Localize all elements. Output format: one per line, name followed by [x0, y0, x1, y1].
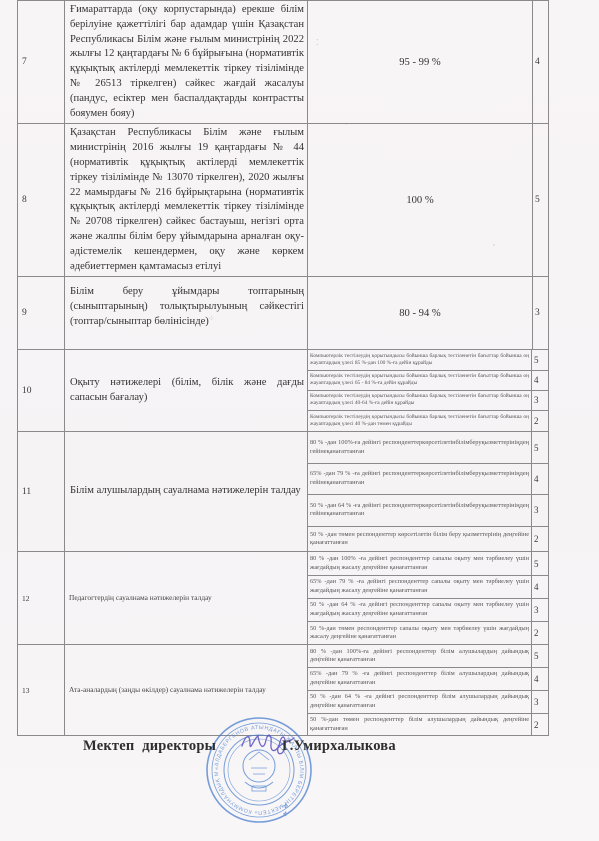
row-number: 9	[18, 277, 65, 350]
sub-criterion-score: 4	[532, 575, 549, 598]
sub-criterion-row: Компьютерлік тестілеудің қорытындысы бой…	[308, 370, 548, 390]
indicator-text: Оқыту нәтижелері (білім, білік және дағд…	[65, 374, 307, 408]
sub-criterion-score: 2	[532, 713, 549, 735]
row-number: 13	[18, 645, 65, 736]
sub-criteria-table: 80 % -дан 100%-ға дейінгі респонденттер …	[308, 645, 548, 735]
sub-criterion-score: 2	[532, 621, 549, 644]
sub-criterion-text: 80 % -дан 100% -ға дейінгі респонденттер…	[308, 552, 532, 575]
sub-criterion-score: 3	[532, 494, 549, 526]
sub-criterion-row: 50 %-дан төмен респонденттер білім алушы…	[308, 713, 548, 735]
criterion-value: 100 %	[308, 124, 533, 277]
table-row-10: 10 Оқыту нәтижелері (білім, білік және д…	[18, 350, 549, 432]
table-row-12: 12 Педагогтердің сауалнама нәтижелерін т…	[18, 552, 549, 645]
sub-criterion-row: 50 % -дан 64 % -ға дейінгі респонденттер…	[308, 690, 548, 713]
sub-criterion-row: Компьютерлік тестілеудің қорытындысы бой…	[308, 410, 548, 431]
sub-criteria-table: Компьютерлік тестілеудің қорытындысы бой…	[308, 350, 548, 431]
table-row-8: 8 Қазақстан Республикасы Білім және ғылы…	[18, 124, 549, 277]
sub-criterion-score: 5	[532, 645, 549, 667]
table-row-11: 11 Білім алушылардың сауалнама нәтижелер…	[18, 432, 549, 552]
criterion-value: 95 - 99 %	[308, 1, 533, 124]
sub-criterion-text: 50 % -дан 64 % -ға дейінгі респонденттер…	[308, 494, 532, 526]
sub-criterion-row: 80 % -дан 100% -ға дейінгі респонденттер…	[308, 552, 548, 575]
sub-criterion-row: 80 % -дан 100%-ға дейінгі респонденттер …	[308, 645, 548, 667]
criterion-value: 80 - 94 %	[308, 277, 533, 350]
svg-text:✤: ✤	[283, 803, 288, 810]
row-number: 7	[18, 1, 65, 124]
sub-criteria-table: 80 % -дан 100% -ға дейінгі респонденттер…	[308, 552, 548, 644]
evaluation-table: 7 Ғимараттарда (оқу корпустарында) ерекш…	[17, 0, 549, 736]
sub-criterion-text: Компьютерлік тестілеудің қорытындысы бой…	[308, 370, 532, 390]
signature-name: Г.Умирхалыкова	[282, 738, 396, 755]
sub-criterion-text: Компьютерлік тестілеудің қорытындысы бой…	[308, 350, 532, 370]
sub-criterion-row: 50 %-дан төмен респонденттер сапалы оқыт…	[308, 621, 548, 644]
indicator-text: Педагогтердің сауалнама нәтижелерін талд…	[65, 593, 307, 603]
score-value: 5	[533, 124, 549, 277]
document-page: 7 Ғимараттарда (оқу корпустарында) ерекш…	[0, 0, 599, 841]
indicator-text: Қазақстан Республикасы Білім және ғылым …	[65, 124, 307, 276]
sub-criterion-text: 65% -дан 79 % -ға дейінгі респонденттерк…	[308, 463, 532, 494]
sub-criterion-row: Компьютерлік тестілеудің қорытындысы бой…	[308, 390, 548, 410]
sub-criterion-text: 50 % -дан төмен респонденттер көрсетілет…	[308, 526, 532, 551]
indicator-text: Білім беру ұйымдары топтарының (сыныптар…	[65, 283, 307, 343]
sub-criterion-text: Компьютерлік тестілеудің қорытындысы бой…	[308, 390, 532, 410]
sub-criterion-score: 4	[532, 370, 549, 390]
sub-criterion-text: 80 % -дан 100%-ға дейінгі респонденттерк…	[308, 432, 532, 463]
sub-criterion-row: 65% -дан 79 % -ға дейінгі респонденттерк…	[308, 463, 548, 494]
sub-criterion-score: 4	[532, 463, 549, 494]
sub-criterion-score: 2	[532, 410, 549, 431]
row-number: 8	[18, 124, 65, 277]
indicator-text: Ғимараттарда (оқу корпустарында) ерекше …	[65, 1, 307, 123]
scan-speck: ·	[345, 120, 348, 129]
sub-criterion-text: 50 % -дан 64 % -ға дейінгі респонденттер…	[308, 598, 532, 621]
sub-criterion-text: Компьютерлік тестілеудің қорытындысы бой…	[308, 410, 532, 431]
sub-criterion-score: 3	[532, 690, 549, 713]
sub-criterion-score: 5	[532, 350, 549, 370]
signature-title: Мектеп директоры	[83, 738, 216, 755]
table-row-9: 9 Білім беру ұйымдары топтарының (сыныпт…	[18, 277, 549, 350]
sub-criterion-score: 5	[532, 432, 549, 463]
sub-criterion-row: 50 % -дан 64 % -ға дейінгі респонденттер…	[308, 494, 548, 526]
sub-criterion-row: 65% -дан 79 % -ға дейінгі респонденттер …	[308, 667, 548, 690]
sub-criteria-table: 80 % -дан 100%-ға дейінгі респонденттерк…	[308, 432, 548, 551]
sub-criterion-row: 80 % -дан 100%-ға дейінгі респонденттерк…	[308, 432, 548, 463]
row-number: 12	[18, 552, 65, 645]
indicator-text: Білім алушылардың сауалнама нәтижелерін …	[65, 482, 307, 501]
sub-criterion-text: 80 % -дан 100%-ға дейінгі респонденттер …	[308, 645, 532, 667]
sub-criterion-row: 65% -дан 79 % -ға дейінгі респонденттер …	[308, 575, 548, 598]
sub-criterion-text: 65% -дан 79 % -ға дейінгі респонденттер …	[308, 667, 532, 690]
sub-criterion-score: 3	[532, 598, 549, 621]
sub-criterion-text: 65% -дан 79 % -ға дейінгі респонденттер …	[308, 575, 532, 598]
table-row-7: 7 Ғимараттарда (оқу корпустарында) ерекш…	[18, 1, 549, 124]
sub-criterion-row: 50 % -дан 64 % -ға дейінгі респонденттер…	[308, 598, 548, 621]
sub-criterion-text: 50 % -дан 64 % -ға дейінгі респонденттер…	[308, 690, 532, 713]
indicator-text: Ата-аналардың (заңды өкілдер) сауалнама …	[65, 685, 307, 695]
scan-speck: ,	[493, 238, 495, 247]
sub-criterion-text: 50 %-дан төмен респонденттер сапалы оқыт…	[308, 621, 532, 644]
svg-text:✤: ✤	[283, 811, 288, 818]
row-number: 11	[18, 432, 65, 552]
sub-criterion-row: 50 % -дан төмен респонденттер көрсетілет…	[308, 526, 548, 551]
sub-criterion-score: 4	[532, 667, 549, 690]
scan-speck: ⁘	[208, 314, 215, 323]
sub-criterion-text: 50 %-дан төмен респонденттер білім алушы…	[308, 713, 532, 735]
score-value: 4	[533, 1, 549, 124]
sub-criterion-score: 2	[532, 526, 549, 551]
sub-criterion-score: 3	[532, 390, 549, 410]
sub-criterion-score: 5	[532, 552, 549, 575]
row-number: 10	[18, 350, 65, 432]
score-value: 3	[533, 277, 549, 350]
scan-speck: ⁘	[316, 652, 323, 661]
sub-criterion-row: Компьютерлік тестілеудің қорытындысы бой…	[308, 350, 548, 370]
scan-speck: ⁚	[316, 38, 319, 47]
